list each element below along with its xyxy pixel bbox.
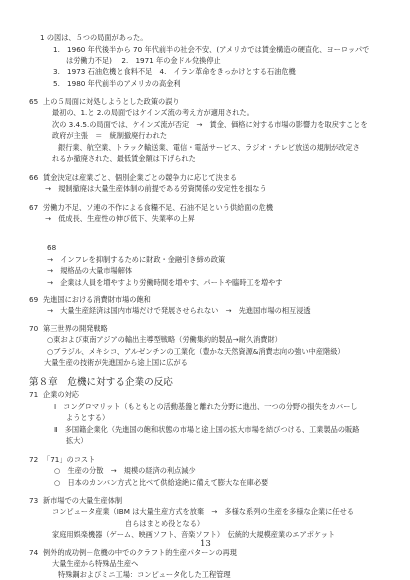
section-title: 先進国における消費財市場の飽和 bbox=[43, 295, 151, 304]
section-65-line: 最初の、1.と 2.の局面ではケインズ流の考え方が適用された。 bbox=[52, 108, 254, 118]
section-67-heading: 67労働力不足、ソ連の不作による食糧不足、石油不足という供給面の危機 bbox=[29, 203, 273, 213]
section-65-line: 政府が主張 ＝ 統制撤廃行われた bbox=[52, 131, 167, 141]
section-71-line: ようとする） bbox=[66, 413, 109, 423]
section-number: 66 bbox=[29, 173, 43, 183]
section-65-line: 銀行業、航空業、トラック輸送業、電信・電話サービス、ラジオ・テレビ放送の規制が改… bbox=[58, 143, 360, 153]
intro-item: 3. 1973 石油危機と食料不足 4. イラン革命をきっかけとする石油危機 bbox=[53, 67, 296, 77]
section-70-line: 大量生産の技術が先進国から途上国に広がる bbox=[44, 358, 188, 368]
section-title: 上の５局面に対処しようとした政策の誤り bbox=[43, 97, 180, 106]
section-title: 新市場での大量生産体制 bbox=[43, 496, 122, 505]
section-72-line: ○ 日本のカンバン方式と比べて供給途絶に備えて膨大な在庫必要 bbox=[54, 478, 268, 488]
intro-lead: 1 の図は、５つの局面があった。 bbox=[40, 33, 147, 43]
section-74-line: 大量生産から特殊品生産へ bbox=[52, 559, 138, 569]
section-71-line: Ⅰ コングロマリット（もともとの活動基盤と離れた分野に進出、一つの分野の損失をカ… bbox=[54, 402, 358, 412]
section-title: 第三世界の開発戦略 bbox=[43, 324, 108, 333]
section-66-line: → 規制撤廃は大量生産体制の前提である労資関係の安定性を損なう bbox=[45, 184, 267, 194]
section-73-line: 家庭用娯楽機器（ゲーム、映画ソフト、音楽ソフト） 伝統的大規模産業のエアポケット bbox=[52, 530, 335, 540]
section-68-line: → インフレを抑制するために財政・金融引き締め政策 bbox=[47, 255, 225, 265]
section-70-line: ○東および東南アジアの輸出主導型戦略（労働集約的製品→耐久消費財） bbox=[47, 335, 282, 345]
section-68-line: → 規格品の大量市場解体 bbox=[47, 266, 132, 276]
section-65-heading: 65上の５局面に対処しようとした政策の誤り bbox=[29, 97, 180, 107]
chapter-heading: 第８章 危機に対する企業の反応 bbox=[29, 377, 173, 389]
section-title: 「71」のコスト bbox=[43, 455, 95, 464]
intro-item: 1. 1960 年代後半から 70 年代前半の社会不安、(アメリカでは賃金構造の… bbox=[53, 45, 369, 55]
intro-item: 5. 1980 年代前半のアメリカの高金利 bbox=[53, 79, 181, 89]
section-71-line: 拡大） bbox=[66, 436, 88, 446]
section-72-heading: 72「71」のコスト bbox=[29, 455, 95, 465]
section-72-line: ○ 生産の分散 → 規模の経済の利点減少 bbox=[54, 466, 196, 476]
section-66-heading: 66賃金決定は産業ごと、個別企業ごとの競争力に応じて決まる bbox=[29, 173, 237, 183]
section-67-line: → 低成長、生産性の伸び低下、失業率の上昇 bbox=[45, 214, 195, 224]
section-65-line: れるか撤廃された、最低賃金額は下げられた bbox=[52, 154, 196, 164]
section-70-line: ○ブラジル、メキシコ、アルゼンチンの工業化（豊かな天然資源&消費志向の強い中産階… bbox=[47, 347, 345, 357]
document-page: 1 の図は、５つの局面があった。 1. 1960 年代後半から 70 年代前半の… bbox=[0, 0, 410, 580]
section-71-line: Ⅱ 多国籍企業化（先進国の飽和状態の市場と途上国の拡大市場を結びつける、工業製品… bbox=[54, 425, 359, 435]
page-number: 13 bbox=[200, 539, 211, 549]
section-title: 労働力不足、ソ連の不作による食糧不足、石油不足という供給面の危機 bbox=[43, 203, 273, 212]
section-number: 65 bbox=[29, 97, 43, 107]
section-71-heading: 71企業の対応 bbox=[29, 390, 79, 400]
section-73-heading: 73新市場での大量生産体制 bbox=[29, 496, 122, 506]
section-number: 69 bbox=[29, 295, 43, 305]
section-number: 74 bbox=[29, 548, 43, 558]
section-73-line: コンピュータ産業（IBM は大量生産方式を放棄 → 多様な系列の生産を多様な企業… bbox=[52, 507, 354, 517]
section-73-line: 自らはまとめ役となる） bbox=[125, 519, 204, 529]
section-74-line: 特殊鋼およびミニ工場：コンピュータ化した工程管理 bbox=[58, 570, 231, 580]
section-65-line: 次の 3.4.5.の局面では、ケインズ流が否定 → 賃金、価格に対する市場の影響… bbox=[52, 120, 368, 130]
section-number: 73 bbox=[29, 496, 43, 506]
section-number: 72 bbox=[29, 455, 43, 465]
section-70-heading: 70第三世界の開発戦略 bbox=[29, 324, 108, 334]
section-title: 賃金決定は産業ごと、個別企業ごとの競争力に応じて決まる bbox=[43, 173, 237, 182]
section-74-heading: 74例外的成功例－危機の中でのクラフト的生産パターンの再現 bbox=[29, 548, 237, 558]
section-number: 67 bbox=[29, 203, 43, 213]
section-title: 企業の対応 bbox=[43, 390, 79, 399]
section-69-line: → 大量生産経済は国内市場だけで発展させられない → 先進国市場の相互浸透 bbox=[47, 306, 311, 316]
section-number: 71 bbox=[29, 390, 43, 400]
section-number: 70 bbox=[29, 324, 43, 334]
section-68-number: 68 bbox=[47, 243, 56, 253]
intro-item: は労働力不足) 2. 1971 年の金ドル兌換停止 bbox=[66, 56, 221, 66]
section-69-heading: 69先進国における消費財市場の飽和 bbox=[29, 295, 151, 305]
section-68-line: → 企業は人員を増やすより労働時間を増やす、パートや臨時工を増やす bbox=[47, 278, 282, 288]
